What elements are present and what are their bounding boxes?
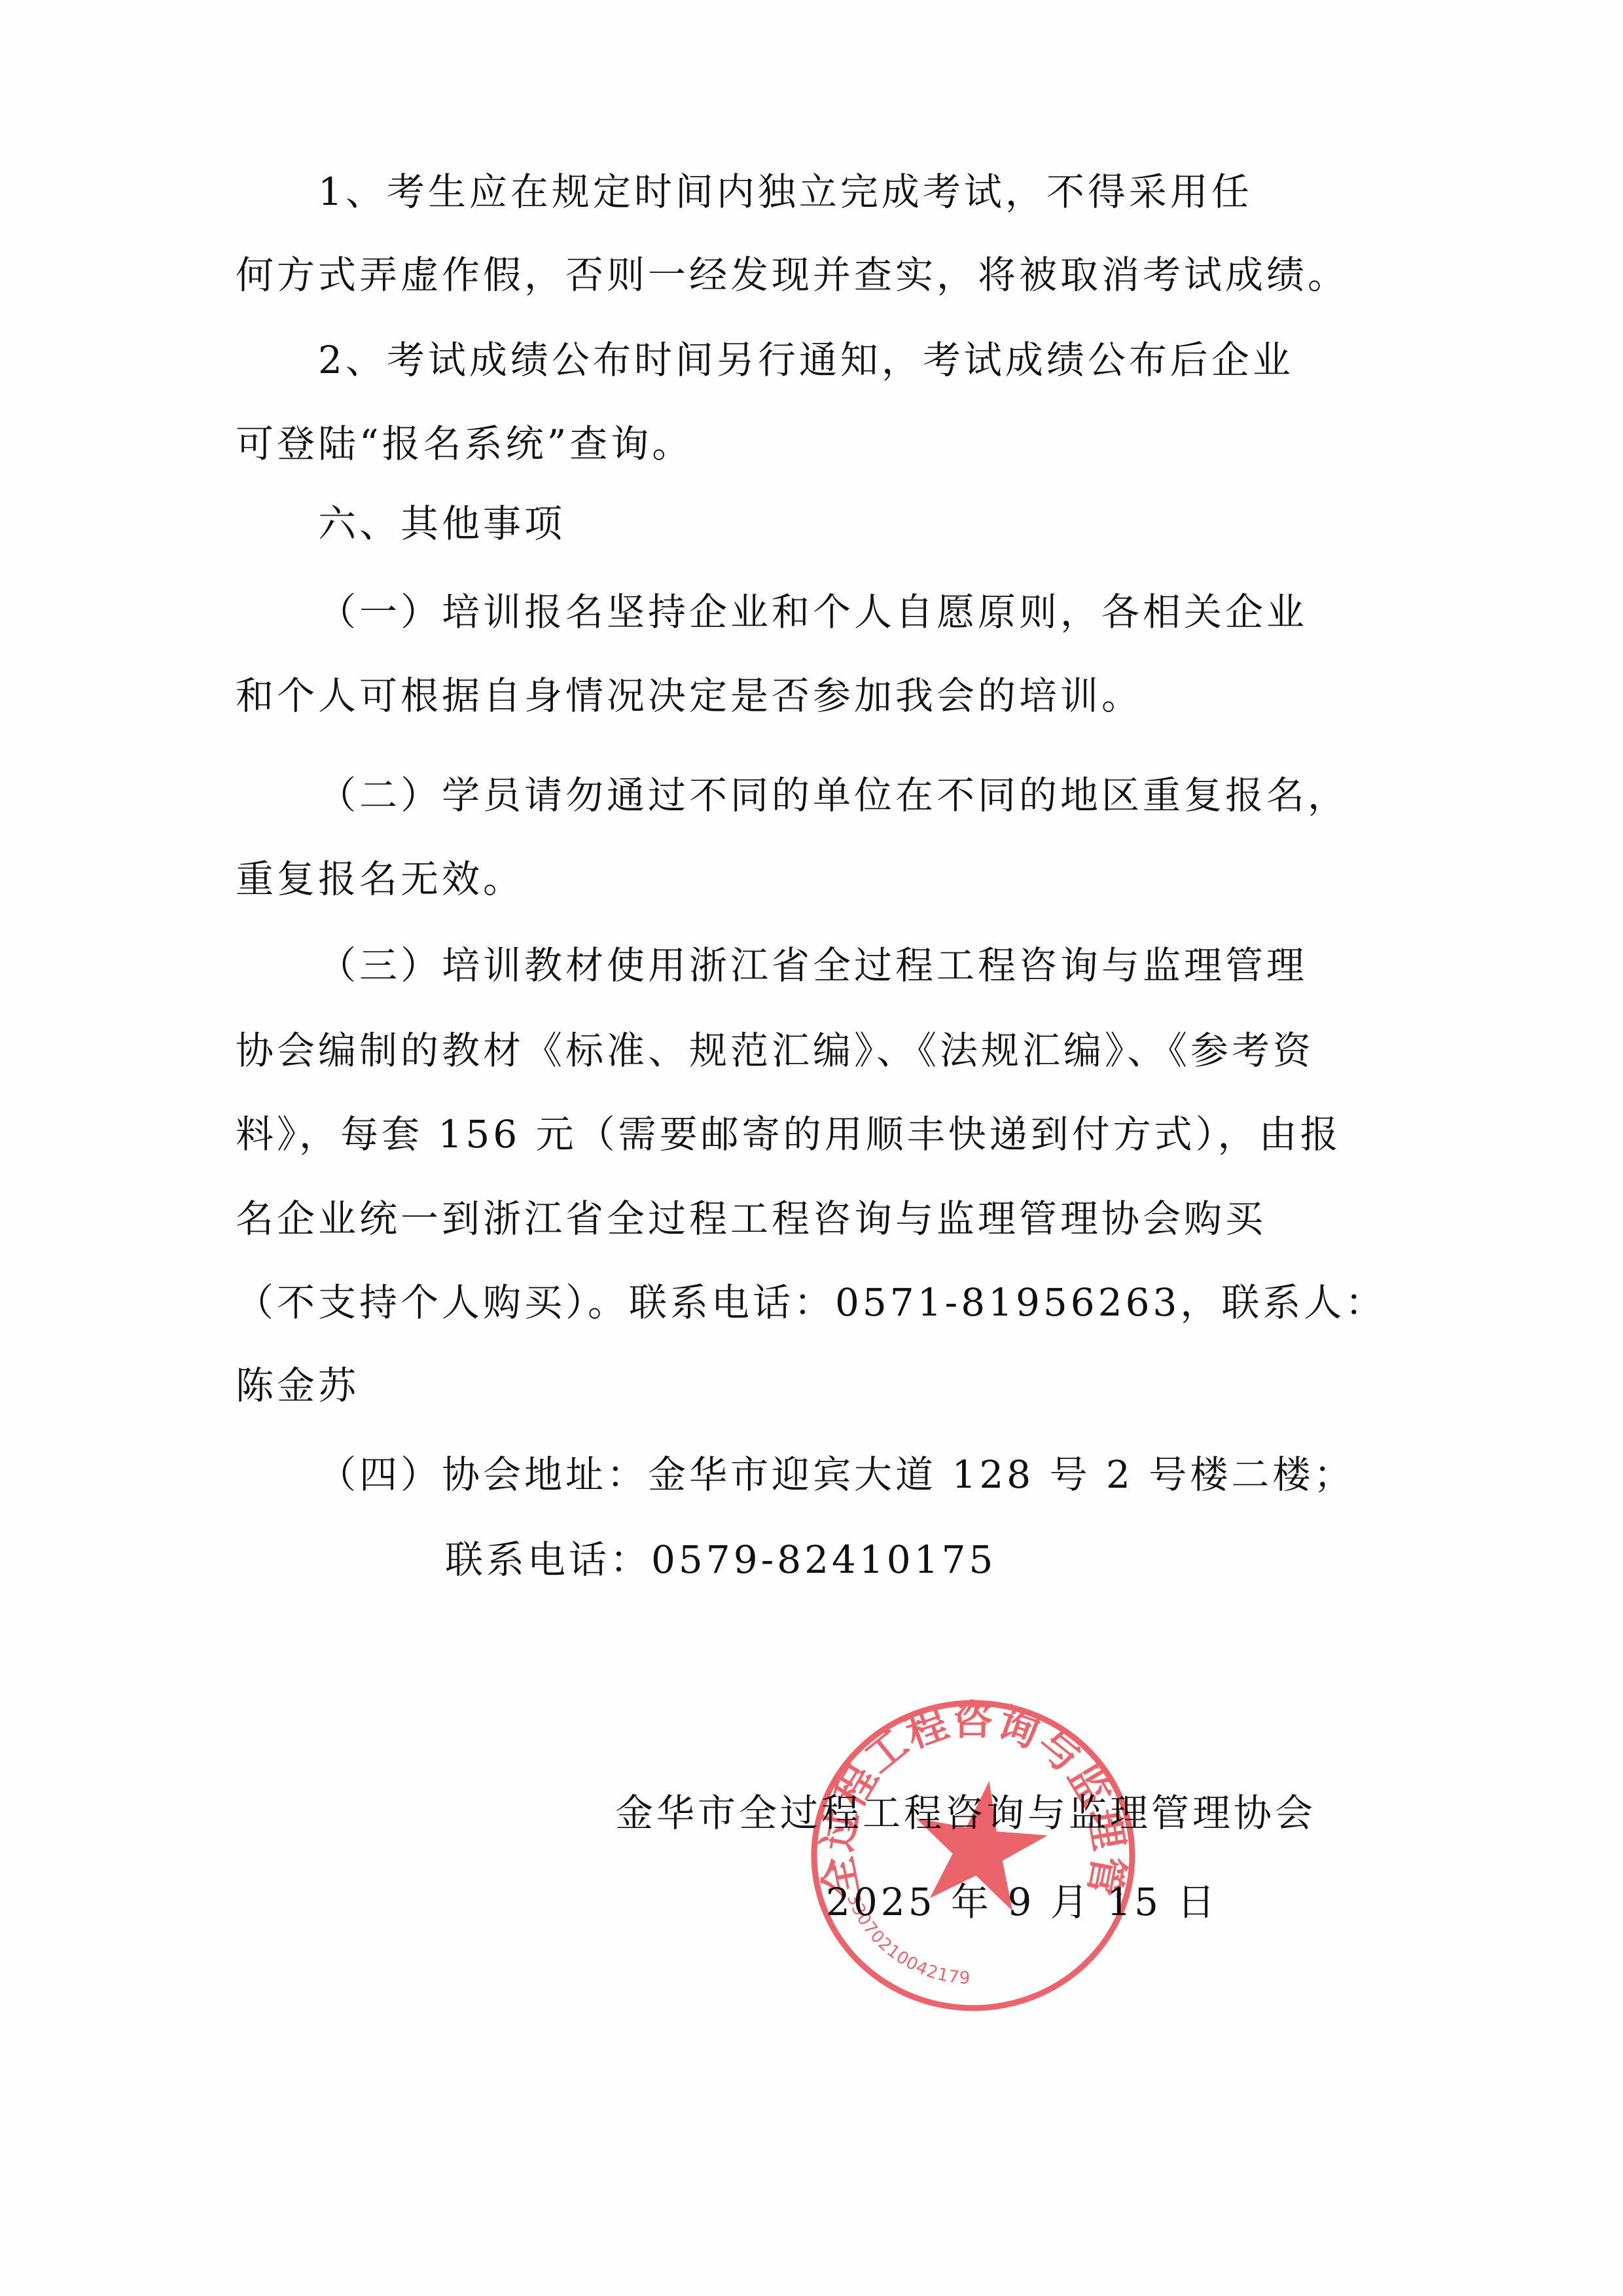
- document-page: 1、考生应在规定时间内独立完成考试，不得采用任 何方式弄虚作假，否则一经发现并查…: [0, 0, 1623, 2296]
- paragraph-line: 可登陆“报名系统”查询。: [236, 418, 1361, 470]
- paragraph-line: 陈金苏: [236, 1359, 1361, 1412]
- paragraph-line: 和个人可根据自身情况决定是否参加我会的培训。: [236, 670, 1361, 722]
- address-line: （四）协会地址：金华市迎宾大道 128 号 2 号楼二楼；: [318, 1448, 1444, 1501]
- svg-text:33070210042179: 33070210042179: [843, 1891, 971, 1988]
- paragraph-line: （三）培训教材使用浙江省全过程工程咨询与监理管理: [318, 939, 1444, 992]
- official-seal-icon: 金华市全过程工程咨询与监理管理协会 33070210042179: [806, 1695, 1140, 2016]
- paragraph-line: 2、考试成绩公布时间另行通知，考试成绩公布后企业: [318, 334, 1444, 386]
- paragraph-line: （一）培训报名坚持企业和个人自愿原则，各相关企业: [318, 586, 1444, 638]
- paragraph-line: （二）学员请勿通过不同的单位在不同的地区重复报名，: [318, 769, 1444, 821]
- section-heading: 六、其他事项: [318, 497, 1444, 550]
- paragraph-line: 名企业统一到浙江省全过程工程咨询与监理管理协会购买: [236, 1193, 1361, 1245]
- paragraph-line: 1、考生应在规定时间内独立完成考试，不得采用任: [318, 166, 1444, 218]
- paragraph-line: 重复报名无效。: [236, 853, 1361, 905]
- paragraph-line: 何方式弄虚作假，否则一经发现并查实，将被取消考试成绩。: [236, 249, 1361, 301]
- star-icon: [905, 1772, 1054, 1914]
- paragraph-line: 料》，每套 156 元（需要邮寄的用顺丰快递到付方式），由报: [236, 1108, 1361, 1160]
- paragraph-line: （不支持个人购买）。联系电话：0571-81956263，联系人：: [236, 1276, 1361, 1329]
- paragraph-line: 协会编制的教材《标准、规范汇编》、《法规汇编》、《参考资: [236, 1024, 1361, 1077]
- seal-code-text: 33070210042179: [843, 1891, 971, 1988]
- phone-line: 联系电话：0579-82410175: [445, 1534, 1571, 1586]
